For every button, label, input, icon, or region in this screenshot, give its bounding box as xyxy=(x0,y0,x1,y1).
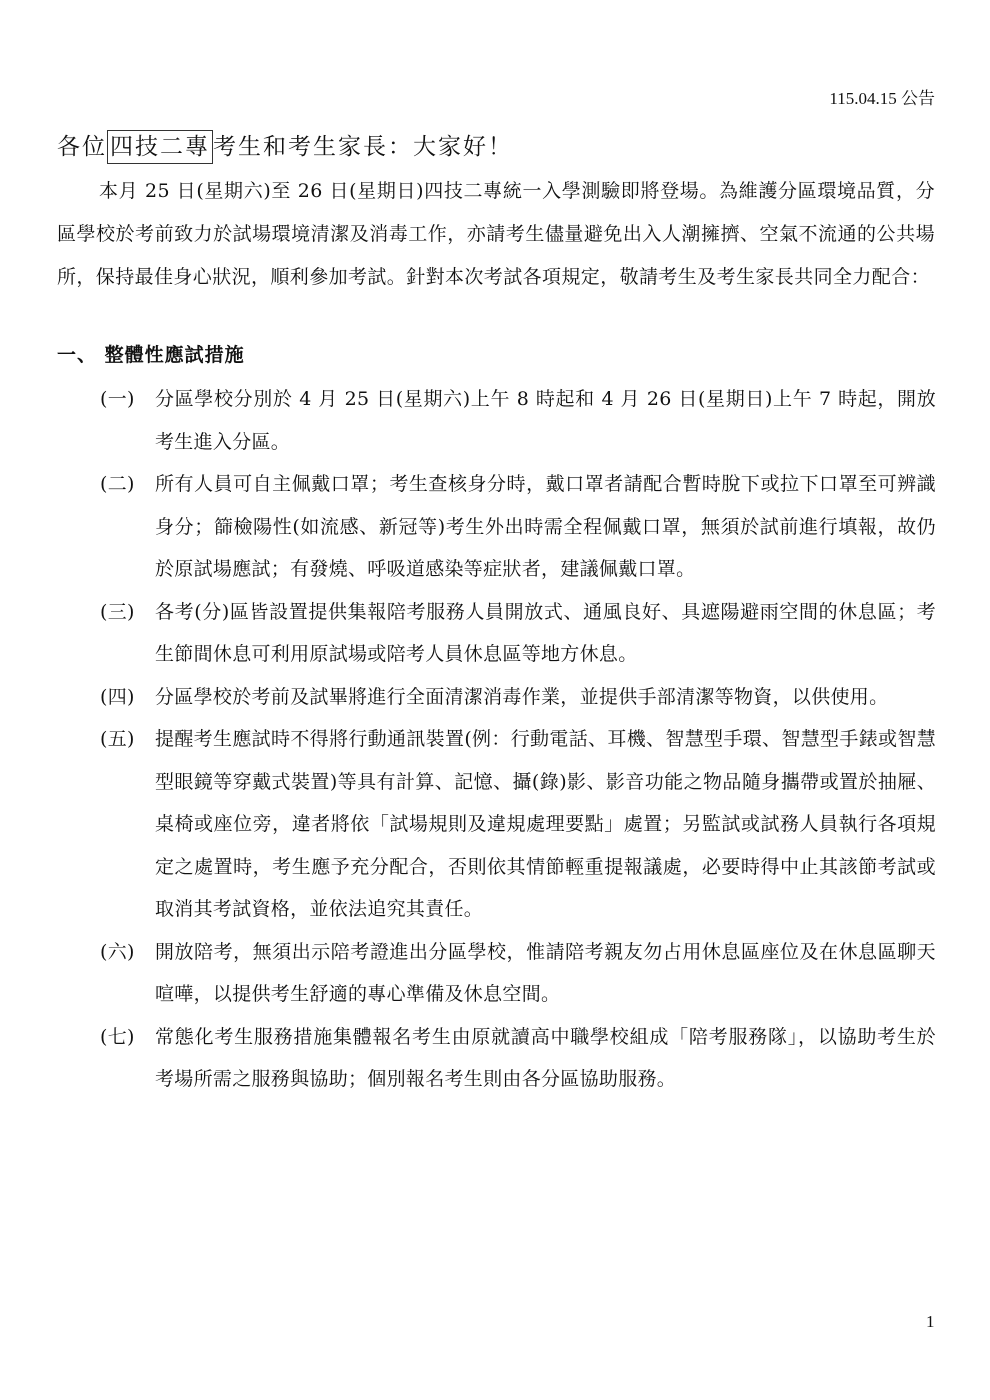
intro-paragraph: 本月 25 日(星期六)至 26 日(星期日)四技二專統一入學測驗即將登場。為維… xyxy=(57,170,935,299)
item-text: 提醒考生應試時不得將行動通訊裝置(例：行動電話、耳機、智慧型手環、智慧型手錶或智… xyxy=(155,728,936,920)
item-number: (二) xyxy=(100,463,135,506)
page-number: 1 xyxy=(926,1312,935,1332)
item-number: (一) xyxy=(100,378,135,421)
item-number: (五) xyxy=(100,718,135,761)
section-heading: 一、 整體性應試措施 xyxy=(57,340,245,367)
list-item: (三) 各考(分)區皆設置提供集報陪考服務人員開放式、通風良好、具遮陽避雨空間的… xyxy=(100,591,936,676)
item-text: 開放陪考，無須出示陪考證進出分區學校，惟請陪考親友勿占用休息區座位及在休息區聊天… xyxy=(155,941,936,1006)
item-text: 各考(分)區皆設置提供集報陪考服務人員開放式、通風良好、具遮陽避雨空間的休息區；… xyxy=(155,601,936,666)
greeting-boxed-term: 四技二專 xyxy=(107,130,213,164)
item-number: (六) xyxy=(100,931,135,974)
list-item: (一) 分區學校分別於 4 月 25 日(星期六)上午 8 時起和 4 月 26… xyxy=(100,378,936,463)
item-text: 常態化考生服務措施集體報名考生由原就讀高中職學校組成「陪考服務隊」，以協助考生於… xyxy=(155,1026,936,1091)
list-item: (四) 分區學校於考前及試畢將進行全面清潔消毒作業，並提供手部清潔等物資，以供使… xyxy=(100,676,936,719)
measures-list: (一) 分區學校分別於 4 月 25 日(星期六)上午 8 時起和 4 月 26… xyxy=(100,378,936,1101)
greeting: 各位四技二專考生和考生家長：大家好！ xyxy=(57,128,513,164)
list-item: (七) 常態化考生服務措施集體報名考生由原就讀高中職學校組成「陪考服務隊」，以協… xyxy=(100,1016,936,1101)
item-number: (四) xyxy=(100,676,135,719)
item-text: 分區學校分別於 4 月 25 日(星期六)上午 8 時起和 4 月 26 日(星… xyxy=(155,388,936,453)
item-text: 所有人員可自主佩戴口罩；考生查核身分時，戴口罩者請配合暫時脫下或拉下口罩至可辨識… xyxy=(155,473,936,580)
list-item: (二) 所有人員可自主佩戴口罩；考生查核身分時，戴口罩者請配合暫時脫下或拉下口罩… xyxy=(100,463,936,591)
item-text: 分區學校於考前及試畢將進行全面清潔消毒作業，並提供手部清潔等物資，以供使用。 xyxy=(155,686,888,708)
greeting-suffix: 考生和考生家長：大家好！ xyxy=(213,134,513,160)
list-item: (六) 開放陪考，無須出示陪考證進出分區學校，惟請陪考親友勿占用休息區座位及在休… xyxy=(100,931,936,1016)
greeting-prefix: 各位 xyxy=(57,134,107,160)
item-number: (三) xyxy=(100,591,135,634)
list-item: (五) 提醒考生應試時不得將行動通訊裝置(例：行動電話、耳機、智慧型手環、智慧型… xyxy=(100,718,936,931)
announcement-date: 115.04.15 公告 xyxy=(829,84,935,109)
item-number: (七) xyxy=(100,1016,135,1059)
